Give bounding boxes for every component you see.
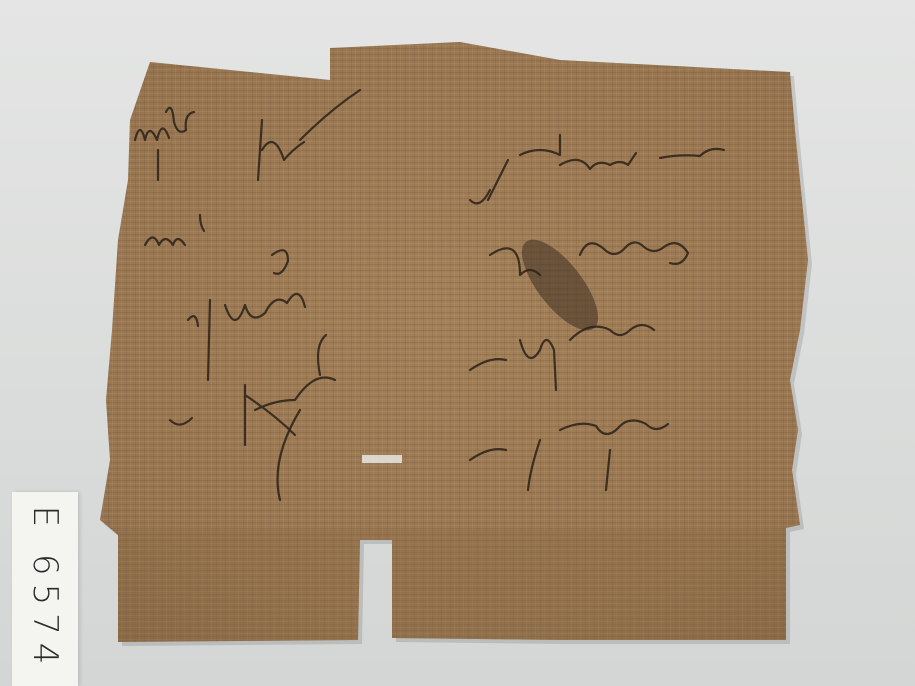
papyrus-fragment: [0, 0, 915, 686]
museum-label: E 6574: [12, 492, 78, 686]
inventory-number: E 6574: [25, 506, 65, 673]
